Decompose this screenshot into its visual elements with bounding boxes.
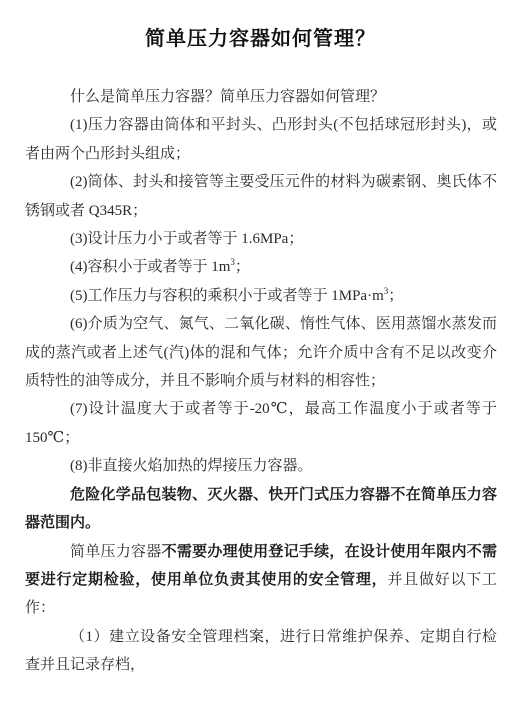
paragraph: (2)筒体、封头和接管等主要受压元件的材料为碳素钢、奥氏体不锈钢或者 Q345R… <box>25 168 497 225</box>
paragraph: (6)介质为空气、氮气、二氧化碳、惰性气体、医用蒸馏水蒸发而成的蒸汽或者上述气(… <box>25 310 497 395</box>
paragraph-text: ； <box>235 259 250 275</box>
paragraph-text: (3)设计压力小于或者等于 1.6MPa； <box>70 231 303 247</box>
paragraph-text: (5)工作压力与容积的乘积小于或者等于 1MPa·m <box>70 288 384 304</box>
paragraph-text: 简单压力容器 <box>70 544 162 560</box>
paragraph: 危险化学品包装物、灭火器、快开门式压力容器不在简单压力容器范围内。 <box>25 481 497 538</box>
paragraph-text: (6)介质为空气、氮气、二氧化碳、惰性气体、医用蒸馏水蒸发而成的蒸汽或者上述气(… <box>25 316 497 389</box>
paragraph-text: (4)容积小于或者等于 1m <box>70 259 230 275</box>
document-title: 简单压力容器如何管理？ <box>24 26 497 52</box>
paragraph: 什么是简单压力容器？简单压力容器如何管理？ <box>25 83 497 111</box>
paragraph: (4)容积小于或者等于 1m3； <box>25 253 497 281</box>
paragraph-text: (2)筒体、封头和接管等主要受压元件的材料为碳素钢、奥氏体不锈钢或者 Q345R… <box>25 174 497 218</box>
paragraph: (3)设计压力小于或者等于 1.6MPa； <box>25 225 497 253</box>
paragraph: (5)工作压力与容积的乘积小于或者等于 1MPa·m3； <box>25 282 497 310</box>
paragraph-text: （1）建立设备安全管理档案，进行日常维护保养、定期自行检查并且记录存档， <box>25 629 497 673</box>
paragraph: (8)非直接火焰加热的焊接压力容器。 <box>25 452 497 480</box>
paragraph-text: (7)设计温度大于或者等于-20℃，最高工作温度小于或者等于150℃； <box>25 401 497 445</box>
paragraph: 简单压力容器不需要办理使用登记手续，在设计使用年限内不需要进行定期检验，使用单位… <box>25 538 497 623</box>
paragraph: （1）建立设备安全管理档案，进行日常维护保养、定期自行检查并且记录存档， <box>25 623 497 680</box>
paragraph: (7)设计温度大于或者等于-20℃，最高工作温度小于或者等于150℃； <box>25 395 497 452</box>
document-body: 什么是简单压力容器？简单压力容器如何管理？(1)压力容器由筒体和平封头、凸形封头… <box>25 83 497 680</box>
paragraph: (1)压力容器由筒体和平封头、凸形封头(不包括球冠形封头)，或者由两个凸形封头组… <box>25 111 497 168</box>
paragraph-text: ； <box>388 288 403 304</box>
paragraph-text: (8)非直接火焰加热的焊接压力容器。 <box>70 458 313 474</box>
paragraph-text: (1)压力容器由筒体和平封头、凸形封头(不包括球冠形封头)，或者由两个凸形封头组… <box>25 117 497 161</box>
paragraph-text: 什么是简单压力容器？简单压力容器如何管理？ <box>70 89 385 105</box>
paragraph-text-bold: 危险化学品包装物、灭火器、快开门式压力容器不在简单压力容器范围内。 <box>25 487 497 531</box>
document-page: 简单压力容器如何管理？ 什么是简单压力容器？简单压力容器如何管理？(1)压力容器… <box>0 0 521 714</box>
